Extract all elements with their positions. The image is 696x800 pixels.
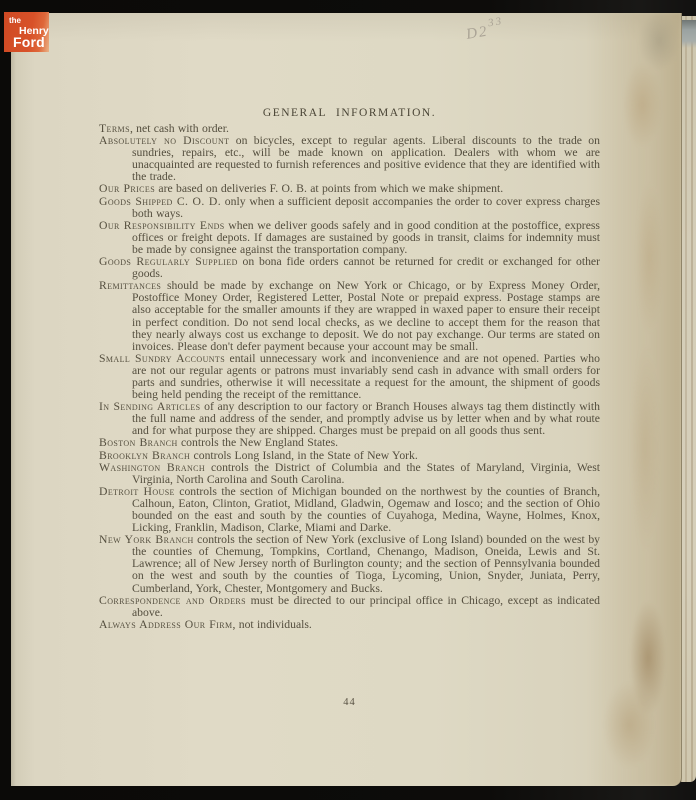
catalog-page: D233 GENERAL INFORMATION. Terms, net cas…: [11, 13, 682, 786]
info-item-returns: Goods Regularly Supplied on bona fide or…: [99, 256, 600, 280]
info-item-sundry-accounts: Small Sundry Accounts entail unnecessary…: [99, 353, 600, 401]
info-item-newyork-branch: New York Branch controls the section of …: [99, 534, 600, 594]
fore-edge-gray-patch: [681, 20, 696, 48]
info-item-cod: Goods Shipped C. O. D. only when a suffi…: [99, 196, 600, 220]
item-text: , not individuals.: [232, 618, 311, 631]
item-lead: Remittances: [99, 279, 161, 292]
item-lead: Brooklyn Branch: [99, 449, 190, 462]
item-lead: In Sending Articles: [99, 400, 200, 413]
item-lead: New York Branch: [99, 533, 194, 546]
info-item-detroit-house: Detroit House controls the section of Mi…: [99, 486, 600, 534]
item-lead: Small Sundry Accounts: [99, 352, 225, 365]
item-text: controls the New England States.: [178, 436, 338, 449]
logo-word-ford: Ford: [13, 36, 49, 49]
item-lead: Detroit House: [99, 485, 175, 498]
henry-ford-logo: the Henry Ford: [4, 12, 49, 52]
info-item-correspondence: Correspondence and Orders must be direct…: [99, 595, 600, 619]
item-text: are based on deliveries F. O. B. at poin…: [155, 182, 503, 195]
item-text: of any description to our factory or Bra…: [132, 400, 600, 437]
item-lead: Boston Branch: [99, 436, 178, 449]
item-text: should be made by exchange on New York o…: [132, 279, 600, 352]
info-item-remittances: Remittances should be made by exchange o…: [99, 280, 600, 353]
item-lead: Washington Branch: [99, 461, 205, 474]
info-item-discount: Absolutely no Discount on bicycles, exce…: [99, 135, 600, 183]
item-lead: Correspondence and Orders: [99, 594, 246, 607]
item-text: controls the section of New York (exclus…: [132, 533, 600, 594]
item-lead: Terms: [99, 122, 130, 135]
item-text: controls Long Island, in the State of Ne…: [190, 449, 418, 462]
item-lead: Always Address Our Firm: [99, 618, 232, 631]
scanned-page-photo: D233 GENERAL INFORMATION. Terms, net cas…: [0, 0, 696, 800]
item-lead: Our Prices: [99, 182, 155, 195]
page-title: GENERAL INFORMATION.: [99, 107, 600, 119]
item-text: controls the section of Michigan bounded…: [132, 485, 600, 534]
logo-word-the: the: [9, 17, 49, 25]
item-lead: Goods Regularly Supplied: [99, 255, 238, 268]
item-lead: Absolutely no Discount: [99, 134, 229, 147]
info-item-sending-articles: In Sending Articles of any description t…: [99, 401, 600, 437]
book-fore-edge: [681, 16, 696, 782]
item-lead: Our Responsibility Ends: [99, 219, 225, 232]
page-number: 44: [99, 697, 600, 708]
item-lead: Goods Shipped C. O. D.: [99, 195, 221, 208]
info-item-address-firm: Always Address Our Firm, not individuals…: [99, 619, 600, 631]
info-item-responsibility: Our Responsibility Ends when we deliver …: [99, 220, 600, 256]
info-item-washington-branch: Washington Branch controls the District …: [99, 462, 600, 486]
item-text: , net cash with order.: [130, 122, 229, 135]
page-content: GENERAL INFORMATION. Terms, net cash wit…: [11, 13, 681, 631]
